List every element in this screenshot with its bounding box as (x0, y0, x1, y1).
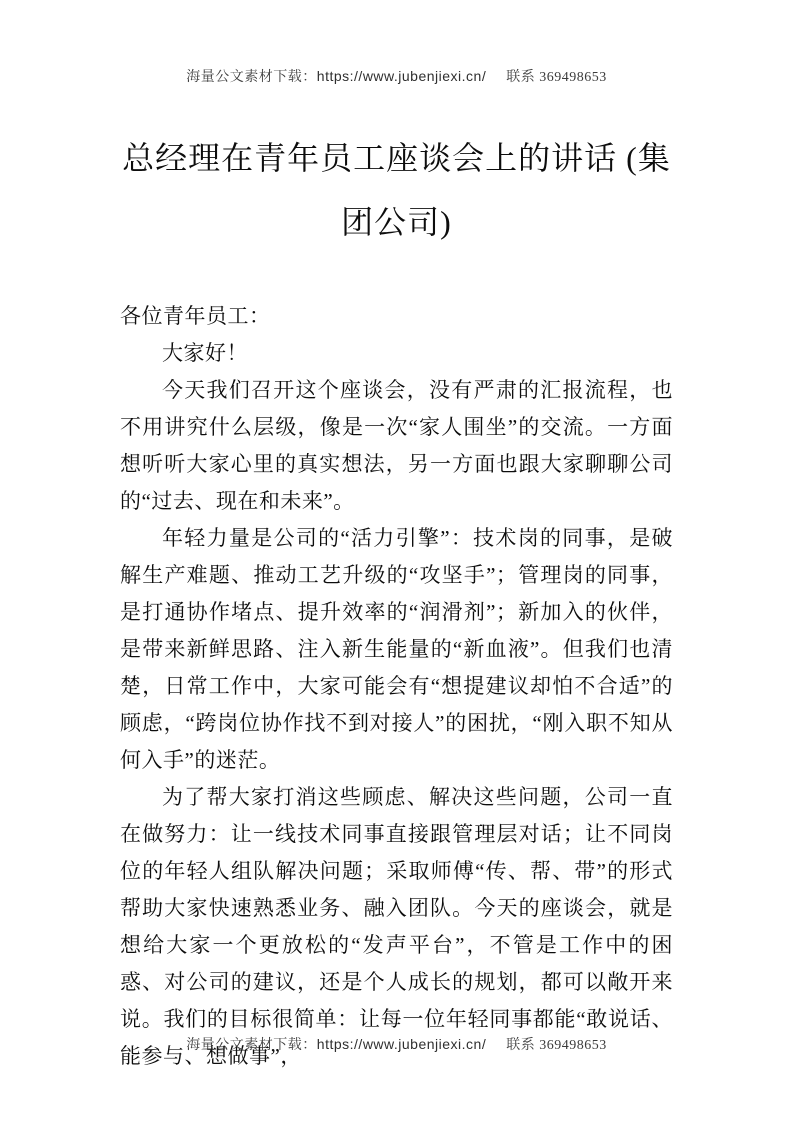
paragraph-body-1: 今天我们召开这个座谈会，没有严肃的汇报流程，也不用讲究什么层级，像是一次“家人围… (120, 372, 673, 520)
footer-contact: 联系 369498653 (506, 1038, 607, 1053)
footer-url: https://www.jubenjiexi.cn/ (317, 1036, 486, 1052)
document-title: 总经理在青年员工座谈会上的讲话 (集团公司) (120, 126, 673, 254)
paragraph-body-3: 为了帮大家打消这些顾虑、解决这些问题，公司一直在做努力：让一线技术同事直接跟管理… (120, 779, 673, 1075)
page-header: 海量公文素材下载：https://www.jubenjiexi.cn/联系 36… (0, 66, 793, 86)
header-source-label: 海量公文素材下载： (186, 70, 317, 85)
header-url: https://www.jubenjiexi.cn/ (317, 68, 486, 84)
document-page: 海量公文素材下载：https://www.jubenjiexi.cn/联系 36… (0, 0, 793, 1122)
header-contact: 联系 369498653 (506, 70, 607, 85)
paragraph-body-2: 年轻力量是公司的“活力引擎”：技术岗的同事，是破解生产难题、推动工艺升级的“攻坚… (120, 520, 673, 779)
footer-source-label: 海量公文素材下载： (186, 1038, 317, 1053)
paragraph-greeting: 大家好！ (120, 335, 673, 372)
page-footer: 海量公文素材下载：https://www.jubenjiexi.cn/联系 36… (0, 1034, 793, 1054)
document-content: 总经理在青年员工座谈会上的讲话 (集团公司) 各位青年员工： 大家好！ 今天我们… (120, 126, 673, 1075)
paragraph-salutation: 各位青年员工： (120, 298, 673, 335)
document-body: 各位青年员工： 大家好！ 今天我们召开这个座谈会，没有严肃的汇报流程，也不用讲究… (120, 298, 673, 1075)
